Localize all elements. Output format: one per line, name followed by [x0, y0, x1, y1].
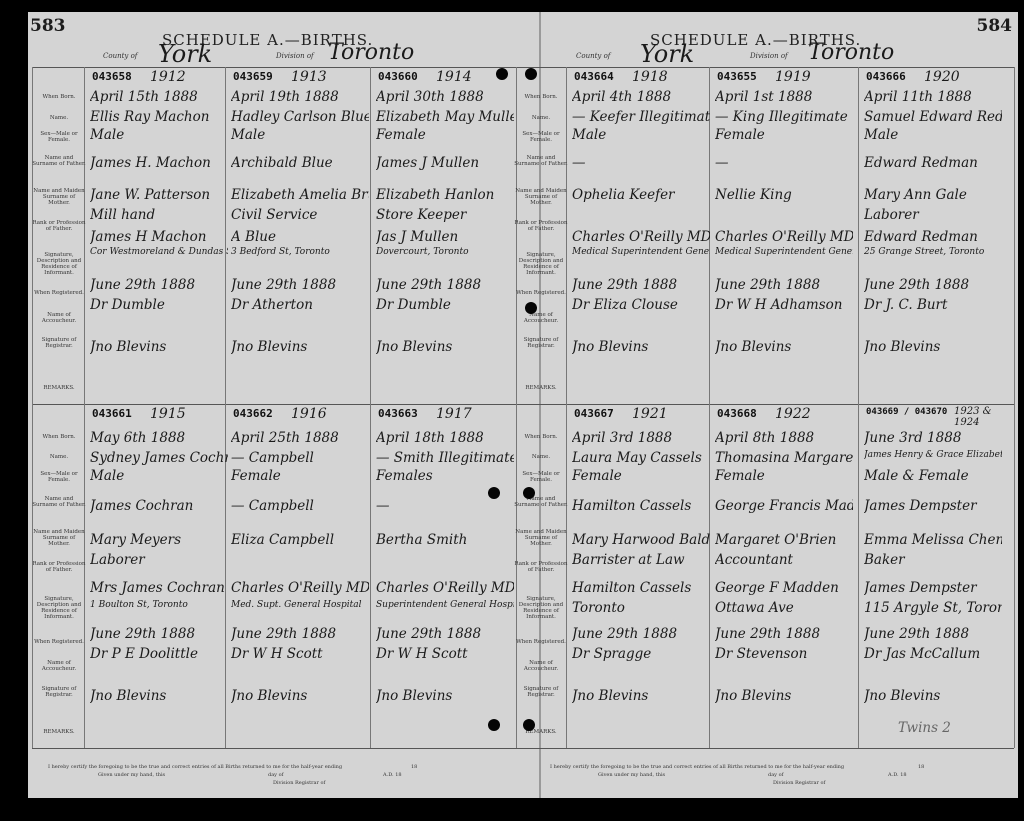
informant-residence: Medical Superintendent General Hospital,… [572, 247, 710, 257]
when-born: April 3rd 1888 [572, 430, 710, 446]
sex: Female [572, 468, 710, 484]
label-name: Name. [32, 454, 86, 460]
label-father: Name and Surname of Father. [514, 496, 568, 508]
child-name: Elizabeth May Mullen [376, 109, 514, 125]
father-rank: Civil Service [231, 207, 369, 223]
label-name: Name. [514, 454, 568, 460]
year-prefix-right: 18 [918, 764, 924, 770]
father-name: Archibald Blue [231, 155, 369, 171]
county-value-right: York [640, 40, 694, 68]
label-sex: Sex—Male or Female. [514, 131, 568, 143]
label-mother: Name and Maiden Surname of Mother. [32, 529, 86, 547]
mother-name: Mary Meyers [90, 532, 228, 548]
mother-name: Margaret O'Brien [715, 532, 853, 548]
ad-label-right: A.D. 18 [888, 772, 907, 778]
informant: Hamilton Cassels [572, 580, 710, 596]
record-number: 043658 [92, 70, 132, 83]
label-sex: Sex—Male or Female. [32, 131, 86, 143]
label-informant: Signature, Description and Residence of … [32, 252, 86, 276]
registrar-signature: Jno Blevins [376, 688, 514, 704]
sex: Females [376, 468, 514, 484]
label-informant: Signature, Description and Residence of … [514, 596, 568, 620]
label-rank: Rank or Profession of Father. [514, 220, 568, 232]
father-name: Hamilton Cassels [572, 498, 710, 514]
binding-hole [525, 302, 537, 314]
sex: Female [376, 127, 514, 143]
accoucheur: Dr W H Scott [231, 646, 369, 662]
accoucheur: Dr Stevenson [715, 646, 853, 662]
label-name: Name. [32, 115, 86, 121]
when-born: April 18th 1888 [376, 430, 514, 446]
mother-name: Elizabeth Amelia Bruhns [231, 187, 369, 203]
label-remarks: REMARKS. [514, 729, 568, 735]
entry-number: 1918 [632, 69, 668, 85]
child-name: Hadley Carlson Blue [231, 109, 369, 125]
label-father: Name and Surname of Father. [32, 496, 86, 508]
accoucheur: Dr Atherton [231, 297, 369, 313]
registrar-label-right: Division Registrar of [773, 780, 825, 786]
county-value-left: York [158, 40, 212, 68]
father-rank: Mill hand [90, 207, 228, 223]
entry-number: 1914 [436, 69, 472, 85]
mother-name: Emma Melissa Cheney [864, 532, 1002, 548]
father-name: George Francis Madden [715, 498, 853, 514]
mother-name: Eliza Campbell [231, 532, 369, 548]
child-name: Sydney James Cochran [90, 450, 228, 466]
label-remarks: REMARKS. [514, 385, 568, 391]
grid-vline [858, 67, 859, 748]
father-rank: Barrister at Law [572, 552, 710, 568]
accoucheur: Dr J. C. Burt [864, 297, 1002, 313]
grid-vline [1014, 67, 1015, 748]
child-name: Ellis Ray Machon [90, 109, 228, 125]
entry-number: 1913 [291, 69, 327, 85]
division-value-left: Toronto [328, 40, 414, 65]
record-number: 043662 [233, 407, 273, 420]
when-born: April 19th 1888 [231, 89, 369, 105]
when-born: May 6th 1888 [90, 430, 228, 446]
division-label-right: Division of [750, 52, 788, 60]
registrar-signature: Jno Blevins [715, 688, 853, 704]
entry-number: 1920 [924, 69, 960, 85]
sex: Female [715, 127, 853, 143]
table-bottom-border [32, 748, 1014, 749]
grid-vline [566, 67, 567, 748]
label-accoucheur: Name of Accoucheur. [32, 312, 86, 324]
when-registered: June 29th 1888 [715, 626, 853, 642]
informant: James Dempster [864, 580, 1002, 596]
entry-number: 1915 [150, 406, 186, 422]
child-name: — Smith Illegitimate [376, 450, 514, 466]
father-name: — Campbell [231, 498, 369, 514]
page-fold [539, 12, 541, 798]
when-registered: June 29th 1888 [376, 277, 514, 293]
father-name: Edward Redman [864, 155, 1002, 171]
informant: George F Madden [715, 580, 853, 596]
mother-name: Bertha Smith [376, 532, 514, 548]
when-registered: June 29th 1888 [231, 277, 369, 293]
when-registered: June 29th 1888 [231, 626, 369, 642]
child-name: Thomasina Margaret Madden [715, 450, 853, 466]
label-rank: Rank or Profession of Father. [514, 561, 568, 573]
record-number: 043667 [574, 407, 614, 420]
informant: Charles O'Reilly MD [231, 580, 369, 596]
remarks: Twins 2 [898, 720, 1024, 736]
label-registered: When Registered. [32, 290, 86, 296]
label-rank: Rank or Profession of Father. [32, 561, 86, 573]
registrar-signature: Jno Blevins [90, 339, 228, 355]
grid-vline [370, 67, 371, 748]
label-registrar: Signature of Registrar. [32, 686, 86, 698]
label-accoucheur: Name of Accoucheur. [514, 312, 568, 324]
sex: Female [231, 468, 369, 484]
accoucheur: Dr Jas McCallum [864, 646, 1002, 662]
registrar-signature: Jno Blevins [715, 339, 853, 355]
when-registered: June 29th 1888 [864, 626, 1002, 642]
registrar-signature: Jno Blevins [572, 339, 710, 355]
informant-residence: 25 Grange Street, Toronto [864, 247, 1002, 257]
label-when-born: When Born. [514, 94, 568, 100]
informant: Edward Redman [864, 229, 1002, 245]
registrar-signature: Jno Blevins [231, 339, 369, 355]
sex: Female [715, 468, 853, 484]
father-rank: Laborer [90, 552, 228, 568]
when-born: April 11th 1888 [864, 89, 1002, 105]
entry-number: 1919 [775, 69, 811, 85]
informant: James H Machon [90, 229, 228, 245]
accoucheur: Dr Dumble [376, 297, 514, 313]
label-registrar: Signature of Registrar. [514, 337, 568, 349]
label-registered: When Registered. [514, 639, 568, 645]
binding-hole [496, 68, 508, 80]
county-label-right: County of [576, 52, 610, 60]
label-registered: When Registered. [32, 639, 86, 645]
when-registered: June 29th 1888 [572, 277, 710, 293]
informant-residence: 1 Boulton St, Toronto [90, 600, 228, 610]
informant: Mrs James Cochran [90, 580, 228, 596]
father-name: James Dempster [864, 498, 1002, 514]
record-number: 043666 [866, 70, 906, 83]
label-father: Name and Surname of Father. [514, 155, 568, 167]
binding-hole [523, 487, 535, 499]
certification-text-left: I hereby certify the foregoing to be the… [48, 764, 342, 770]
informant: Jas J Mullen [376, 229, 514, 245]
when-born: April 1st 1888 [715, 89, 853, 105]
when-born: April 4th 1888 [572, 89, 710, 105]
mother-name: Nellie King [715, 187, 853, 203]
mother-name: Elizabeth Hanlon [376, 187, 514, 203]
table-middle-border [32, 404, 1014, 405]
child-name: — Keefer Illegitimate [572, 109, 710, 125]
label-informant: Signature, Description and Residence of … [32, 596, 86, 620]
entry-number: 1916 [291, 406, 327, 422]
day-of-label-right: day of [768, 772, 783, 778]
entry-number: 1921 [632, 406, 668, 422]
sex: Male [90, 468, 228, 484]
grid-vline [516, 67, 517, 748]
father-name: — [376, 498, 514, 514]
binding-hole [488, 719, 500, 731]
registrar-signature: Jno Blevins [572, 688, 710, 704]
when-registered: June 29th 1888 [90, 626, 228, 642]
informant-residence: Ottawa Ave [715, 600, 853, 616]
label-remarks: REMARKS. [32, 729, 86, 735]
mother-name: Ophelia Keefer [572, 187, 710, 203]
sex: Male [864, 127, 1002, 143]
accoucheur: Dr Spragge [572, 646, 710, 662]
grid-vline [84, 67, 85, 748]
label-informant: Signature, Description and Residence of … [514, 252, 568, 276]
label-accoucheur: Name of Accoucheur. [32, 660, 86, 672]
informant-residence: Superintendent General Hospital, Toronto [376, 600, 514, 610]
father-name: — [715, 155, 853, 171]
informant: Charles O'Reilly MD [376, 580, 514, 596]
label-sex: Sex—Male or Female. [514, 471, 568, 483]
sex: Male & Female [864, 468, 1002, 484]
informant-residence: Toronto [572, 600, 710, 616]
county-label-left: County of [103, 52, 137, 60]
label-mother: Name and Maiden Surname of Mother. [514, 529, 568, 547]
registrar-signature: Jno Blevins [376, 339, 514, 355]
mother-name: Jane W. Patterson [90, 187, 228, 203]
given-label-right: Given under my hand, this [598, 772, 665, 778]
informant-residence: 3 Bedford St, Toronto [231, 247, 369, 257]
accoucheur: Dr W H Scott [376, 646, 514, 662]
label-mother: Name and Maiden Surname of Mother. [32, 188, 86, 206]
father-rank: Baker [864, 552, 1002, 568]
informant-residence: Dovercourt, Toronto [376, 247, 514, 257]
father-rank: Accountant [715, 552, 853, 568]
when-registered: June 29th 1888 [376, 626, 514, 642]
given-label-left: Given under my hand, this [98, 772, 165, 778]
label-father: Name and Surname of Father. [32, 155, 86, 167]
register-page-spread: 583 584 SCHEDULE A.—BIRTHS. SCHEDULE A.—… [28, 12, 1018, 798]
when-born: April 25th 1888 [231, 430, 369, 446]
informant: Charles O'Reilly MD [572, 229, 710, 245]
binding-hole [523, 719, 535, 731]
record-number: 043661 [92, 407, 132, 420]
when-registered: June 29th 1888 [715, 277, 853, 293]
father-name: James J Mullen [376, 155, 514, 171]
left-page-number: 583 [30, 16, 66, 36]
label-registered: When Registered. [514, 290, 568, 296]
record-number: 043660 [378, 70, 418, 83]
record-number: 043664 [574, 70, 614, 83]
child-name: — Campbell [231, 450, 369, 466]
right-page-number: 584 [977, 16, 1013, 36]
registrar-signature: Jno Blevins [231, 688, 369, 704]
sex: Male [231, 127, 369, 143]
child-name: James Henry & Grace Elizabeth Dempster [864, 450, 1002, 460]
entry-number: 1917 [436, 406, 472, 422]
record-number: 043669 / 043670 [866, 407, 947, 417]
grid-vline [32, 67, 33, 748]
mother-name: Mary Ann Gale [864, 187, 1002, 203]
division-label-left: Division of [276, 52, 314, 60]
label-mother: Name and Maiden Surname of Mother. [514, 188, 568, 206]
child-name: Samuel Edward Redman [864, 109, 1002, 125]
informant-residence: Med. Supt. General Hospital [231, 600, 369, 610]
entry-number: 1923 & 1924 [954, 406, 1014, 428]
label-accoucheur: Name of Accoucheur. [514, 660, 568, 672]
when-born: April 15th 1888 [90, 89, 228, 105]
label-rank: Rank or Profession of Father. [32, 220, 86, 232]
label-registrar: Signature of Registrar. [32, 337, 86, 349]
when-registered: June 29th 1888 [572, 626, 710, 642]
father-name: James H. Machon [90, 155, 228, 171]
year-prefix-left: 18 [411, 764, 417, 770]
label-name: Name. [514, 115, 568, 121]
ad-label-left: A.D. 18 [383, 772, 402, 778]
informant-residence: Medical Superintendent General Hospital,… [715, 247, 853, 257]
informant-residence: 115 Argyle St, Toronto [864, 600, 1002, 616]
father-rank: Store Keeper [376, 207, 514, 223]
when-registered: June 29th 1888 [864, 277, 1002, 293]
registrar-label-left: Division Registrar of [273, 780, 325, 786]
accoucheur: Dr Dumble [90, 297, 228, 313]
record-number: 043663 [378, 407, 418, 420]
registrar-signature: Jno Blevins [90, 688, 228, 704]
when-registered: June 29th 1888 [90, 277, 228, 293]
record-number: 043668 [717, 407, 757, 420]
label-when-born: When Born. [514, 434, 568, 440]
binding-hole [525, 68, 537, 80]
accoucheur: Dr W H Adhamson [715, 297, 853, 313]
label-registrar: Signature of Registrar. [514, 686, 568, 698]
entry-number: 1912 [150, 69, 186, 85]
table-top-border [32, 67, 1014, 68]
father-rank: Laborer [864, 207, 1002, 223]
when-born: April 8th 1888 [715, 430, 853, 446]
when-born: April 30th 1888 [376, 89, 514, 105]
sex: Male [572, 127, 710, 143]
registrar-signature: Jno Blevins [864, 339, 1002, 355]
record-number: 043659 [233, 70, 273, 83]
label-sex: Sex—Male or Female. [32, 471, 86, 483]
accoucheur: Dr Eliza Clouse [572, 297, 710, 313]
certification-text-right: I hereby certify the foregoing to be the… [550, 764, 844, 770]
informant: Charles O'Reilly MD [715, 229, 853, 245]
sex: Male [90, 127, 228, 143]
informant-residence: Cor Westmoreland & Dundas St, Toronto [90, 247, 228, 257]
when-born: June 3rd 1888 [864, 430, 1002, 446]
binding-hole [488, 487, 500, 499]
label-when-born: When Born. [32, 434, 86, 440]
child-name: — King Illegitimate [715, 109, 853, 125]
entry-number: 1922 [775, 406, 811, 422]
label-remarks: REMARKS. [32, 385, 86, 391]
division-value-right: Toronto [808, 40, 894, 65]
informant: A Blue [231, 229, 369, 245]
day-of-label-left: day of [268, 772, 283, 778]
father-name: James Cochran [90, 498, 228, 514]
child-name: Laura May Cassels [572, 450, 710, 466]
record-number: 043655 [717, 70, 757, 83]
father-name: — [572, 155, 710, 171]
registrar-signature: Jno Blevins [864, 688, 1002, 704]
label-when-born: When Born. [32, 94, 86, 100]
accoucheur: Dr P E Doolittle [90, 646, 228, 662]
mother-name: Mary Harwood Baldwin [572, 532, 710, 548]
